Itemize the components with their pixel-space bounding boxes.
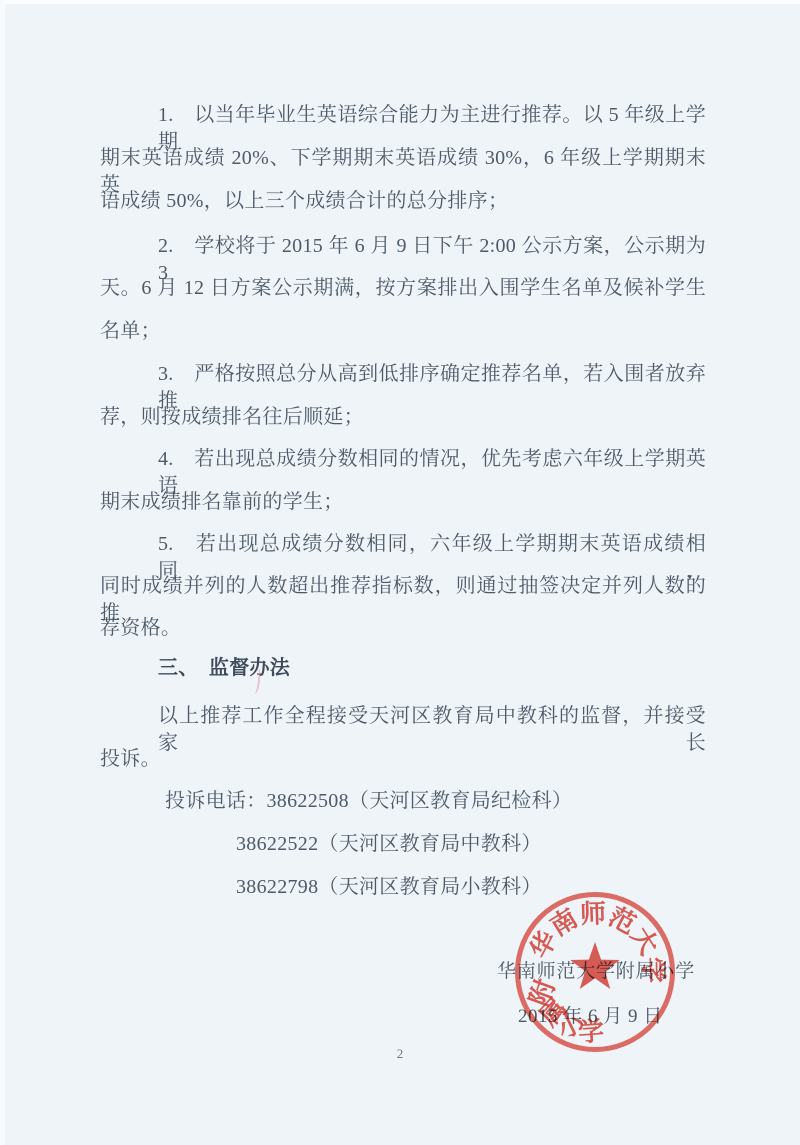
- paragraph-5-line: 荐资格。: [100, 615, 706, 642]
- school-signature: 华南师范大学附属小学: [497, 956, 695, 983]
- page-number: 2: [0, 1046, 800, 1062]
- section-heading: 三、 监督办法: [158, 655, 706, 682]
- supervision-line: 投诉。: [100, 746, 706, 773]
- signature-date: 2015 年 6 月 9 日: [518, 1001, 663, 1028]
- scan-edge-left: [0, 0, 5, 1145]
- complaint-phone-line: 38622522（天河区教育局中教科）: [236, 831, 542, 858]
- scan-edge-top: [0, 0, 800, 4]
- seal-character: 师: [579, 893, 606, 931]
- scanned-document-page: 1. 以当年毕业生英语综合能力为主进行推荐。以 5 年级上学期 期末英语成绩 2…: [0, 0, 800, 1145]
- complaint-phone-line: 投诉电话：38622508（天河区教育局纪检科）: [165, 788, 572, 815]
- seal-character: 南: [542, 898, 584, 943]
- paragraph-3-line: 荐，则按成绩排名往后顺延；: [100, 404, 706, 431]
- seal-character: 大: [623, 919, 668, 961]
- complaint-phone-line: 38622798（天河区教育局小教科）: [236, 874, 542, 901]
- seal-character: 范: [603, 897, 643, 942]
- paragraph-2-line: 名单；: [100, 318, 706, 345]
- paragraph-1-line: 语成绩 50%，以上三个成绩合计的总分排序；: [100, 188, 706, 215]
- paragraph-4-line: 期末成绩排名靠前的学生；: [100, 489, 706, 516]
- paragraph-2-line: 天。6 月 12 日方案公示期满，按方案排出入围学生名单及候补学生: [100, 275, 706, 302]
